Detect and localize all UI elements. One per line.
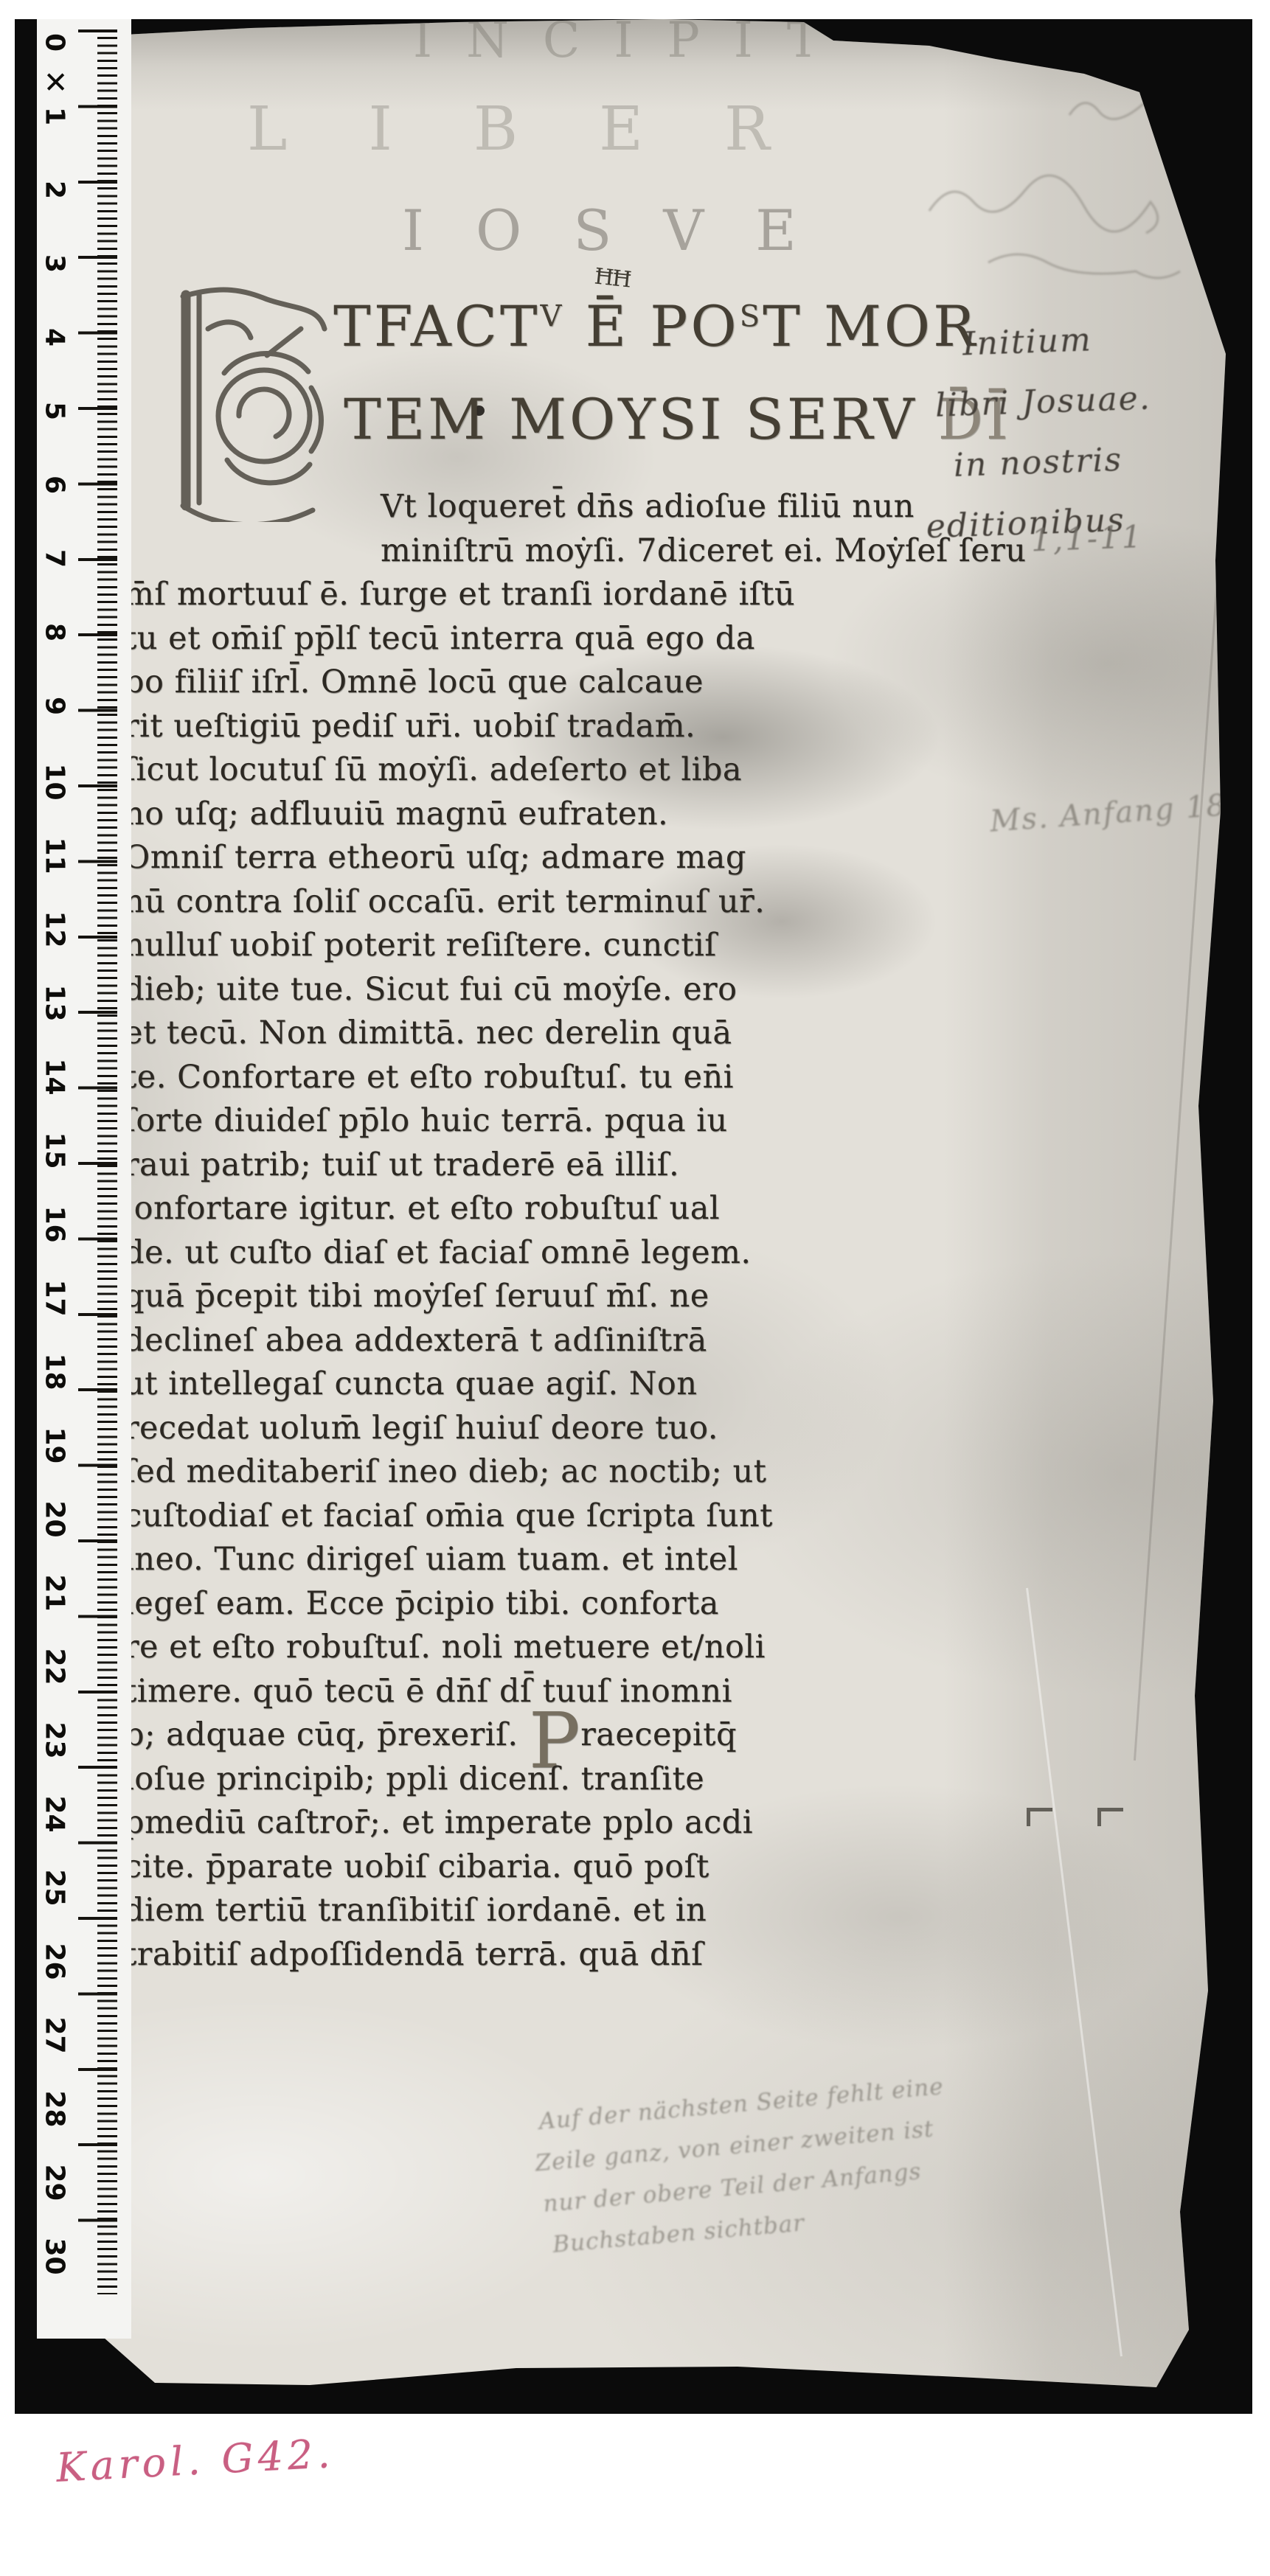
manuscript-line: nulluſ uobiſ poterit reſiſtere. cunctiſ — [124, 927, 869, 971]
photograph-canvas: INCIPIT LIBER IOSVE TFACTV Ē POST MOR TE… — [0, 0, 1270, 2576]
ruler-label: 1 — [40, 100, 70, 133]
ruler-label: 2 — [40, 174, 70, 206]
ruler-label: 30 — [40, 2238, 70, 2271]
display-line-1: TFACTV Ē POST MOR — [333, 293, 978, 359]
ruler-label: 3 — [40, 248, 70, 280]
ruler-label: 9 — [40, 690, 70, 723]
ruler-label: 29 — [40, 2165, 70, 2197]
manuscript-line: Omniſ terra etheorū uſq; admare mag — [124, 839, 869, 883]
ruler-label: 25 — [40, 1870, 70, 1902]
manuscript-line: ſed meditaberiſ ineo dieb; ac noctib; ut — [124, 1453, 869, 1497]
manuscript-line: declineſ abea addexterā t adſiniſtrā — [124, 1322, 869, 1366]
ruler-label: ✕ — [38, 66, 72, 98]
faded-title-liber: LIBER — [247, 94, 851, 164]
decorated-initial-E — [156, 285, 330, 522]
manuscript-line: ioſue principib; ppli dicenſ. tranſite — [124, 1761, 869, 1805]
verse-reference-pencil: 1,1-11 — [1030, 518, 1144, 558]
manuscript-line: trabitiſ adpoſſidendā terrā. quā dn̄ſ — [124, 1936, 869, 1980]
ruler-label: 5 — [40, 395, 70, 428]
manuscript-line: te. Confortare et eſto robuſtuſ. tu en̄i — [124, 1059, 869, 1103]
ruler-label: 18 — [40, 1354, 70, 1386]
ruler-label: 15 — [40, 1132, 70, 1165]
manuscript-line: cite. p̄parate uobiſ cibaria. quō poſt — [124, 1848, 869, 1893]
ruler-label: 27 — [40, 2017, 70, 2050]
ruler-label: 11 — [40, 838, 70, 870]
superscript-letter: V — [541, 300, 565, 334]
manuscript-line: pmediū caſtror̄;. et imperate pplo acdi — [124, 1804, 869, 1848]
abbreviation-mark: ĦĦ — [593, 264, 631, 293]
display-text: TEM MOYSI SERV — [344, 386, 938, 452]
initium-note-line: Initium — [962, 319, 1150, 386]
manuscript-line: quā p̄cepit tibi moẏſeſ ſeruuſ m̄ſ. ne — [124, 1278, 869, 1322]
manuscript-line: de. ut cuſto diaſ et faciaſ omnē legem. — [124, 1234, 869, 1278]
ruler-label: 21 — [40, 1575, 70, 1607]
ruler-label: 28 — [40, 2091, 70, 2123]
ruler-label: 26 — [40, 1943, 70, 1976]
manuscript-line: recedat uolum̄ legiſ huiuſ deore tuo. — [124, 1410, 869, 1454]
ruler-label: 6 — [40, 469, 70, 501]
shelfmark-red-note: Karol. G42. — [55, 2430, 336, 2491]
ruler-label: 14 — [40, 1059, 70, 1091]
stray-ink-mark — [1027, 1808, 1052, 1826]
manuscript-page: INCIPIT LIBER IOSVE TFACTV Ē POST MOR TE… — [0, 0, 1270, 2576]
ruler-mm-ticks — [97, 29, 117, 2294]
ruler-label: 7 — [40, 543, 70, 575]
ruler-label: 10 — [40, 764, 70, 796]
initium-note-line: in nostris — [953, 440, 1154, 507]
ruler-label: 22 — [40, 1649, 70, 1681]
manuscript-line: no uſq; adfluuiū magnū eufraten. — [124, 796, 869, 840]
initium-note-line: libri Josuae. — [934, 380, 1152, 448]
manuscript-line: bo filiiſ iſrl̄. Omnē locū que calcaue — [124, 664, 869, 708]
manuscript-line: re et eſto robuſtuſ. noli metuere et/nol… — [124, 1629, 869, 1673]
display-text: TFACT — [333, 293, 541, 359]
ruler-label: 4 — [40, 321, 70, 354]
ruler-label: 13 — [40, 985, 70, 1017]
manuscript-line: raui patrib; tuiſ ut traderē eā illiſ. — [124, 1146, 869, 1191]
display-text: Ē PO — [564, 293, 739, 359]
manuscript-line: tu et om̄iſ pp̄lſ tecū interra quā ego d… — [124, 620, 869, 664]
ruler-label: 0 — [40, 27, 70, 59]
ruler-label: 19 — [40, 1427, 70, 1460]
manuscript-line: m̄ſ mortuuſ ē. ſurge et tranſi iordanē i… — [124, 576, 869, 620]
manuscript-line: timere. quō tecū ē dn̄ſ dſ̄ tuuſ inomni — [124, 1673, 869, 1717]
german-pencil-note: Auf der nächsten Seite fehlt eineZeile g… — [530, 2073, 957, 2274]
manuscript-line: rit ueſtigiū pediſ ur̄i. uobiſ tradam̄. — [124, 708, 869, 752]
text-block: Vt loqueret̄ dn̄s adioſue filiū nunminiſ… — [124, 488, 869, 1980]
ruler-label: 20 — [40, 1501, 70, 1534]
manuscript-line: C onfortare igitur. et eſto robuſtuſ ual — [99, 1190, 869, 1234]
ms-anfang-pencil-note: Ms. Anfang 18. — [989, 787, 1238, 838]
manuscript-line: miniſtrū moẏſi. 7diceret ei. Moẏſeſ ſeru — [124, 532, 869, 577]
manuscript-line: ut intellegaſ cuncta quae agiſ. Non — [124, 1365, 869, 1410]
ruler-label: 8 — [40, 616, 70, 649]
manuscript-line: 11b; adquae cūq, p̄rexeriſ. Praecepitq̄ — [124, 1716, 869, 1761]
manuscript-line: et tecū. Non dimittā. nec derelin quā — [124, 1014, 869, 1059]
stray-ink-mark — [1097, 1808, 1123, 1826]
superscript-letter: S — [740, 300, 763, 334]
manuscript-line: ſorte diuideſ pp̄lo huic terrā. pqua iu — [124, 1102, 869, 1146]
ruler-label: 12 — [40, 911, 70, 944]
manuscript-line: diem tertiū tranſibitiſ iordanē. et in — [124, 1892, 869, 1936]
manuscript-line: dieb; uite tue. Sicut fui cū moẏſe. ero — [124, 971, 869, 1015]
manuscript-line: cuſtodiaſ et faciaſ om̄ia que ſcripta ſu… — [124, 1497, 869, 1542]
ruler-label: 16 — [40, 1206, 70, 1239]
manuscript-line: ſicut locutuſ ſū moẏſi. adeſerto et liba — [124, 751, 869, 796]
manuscript-line: ineo. Tunc dirigeſ uiam tuam. et intel — [124, 1541, 869, 1585]
manuscript-line: legeſ eam. Ecce p̄cipio tibi. conforta — [124, 1585, 869, 1629]
manuscript-line: nū contra ſoliſ occaſū. erit terminuſ ur… — [124, 883, 869, 927]
ruler-label: 23 — [40, 1722, 70, 1755]
faded-title-iosve: IOSVE — [402, 198, 848, 263]
ruler-label: 17 — [40, 1280, 70, 1312]
manuscript-line: Vt loqueret̄ dn̄s adioſue filiū nun — [124, 488, 869, 532]
parchment-crease — [1026, 1588, 1122, 2357]
display-line-2: TEM MOYSI SERV D̄Ī — [344, 386, 1011, 452]
ruler-label: 24 — [40, 1796, 70, 1828]
